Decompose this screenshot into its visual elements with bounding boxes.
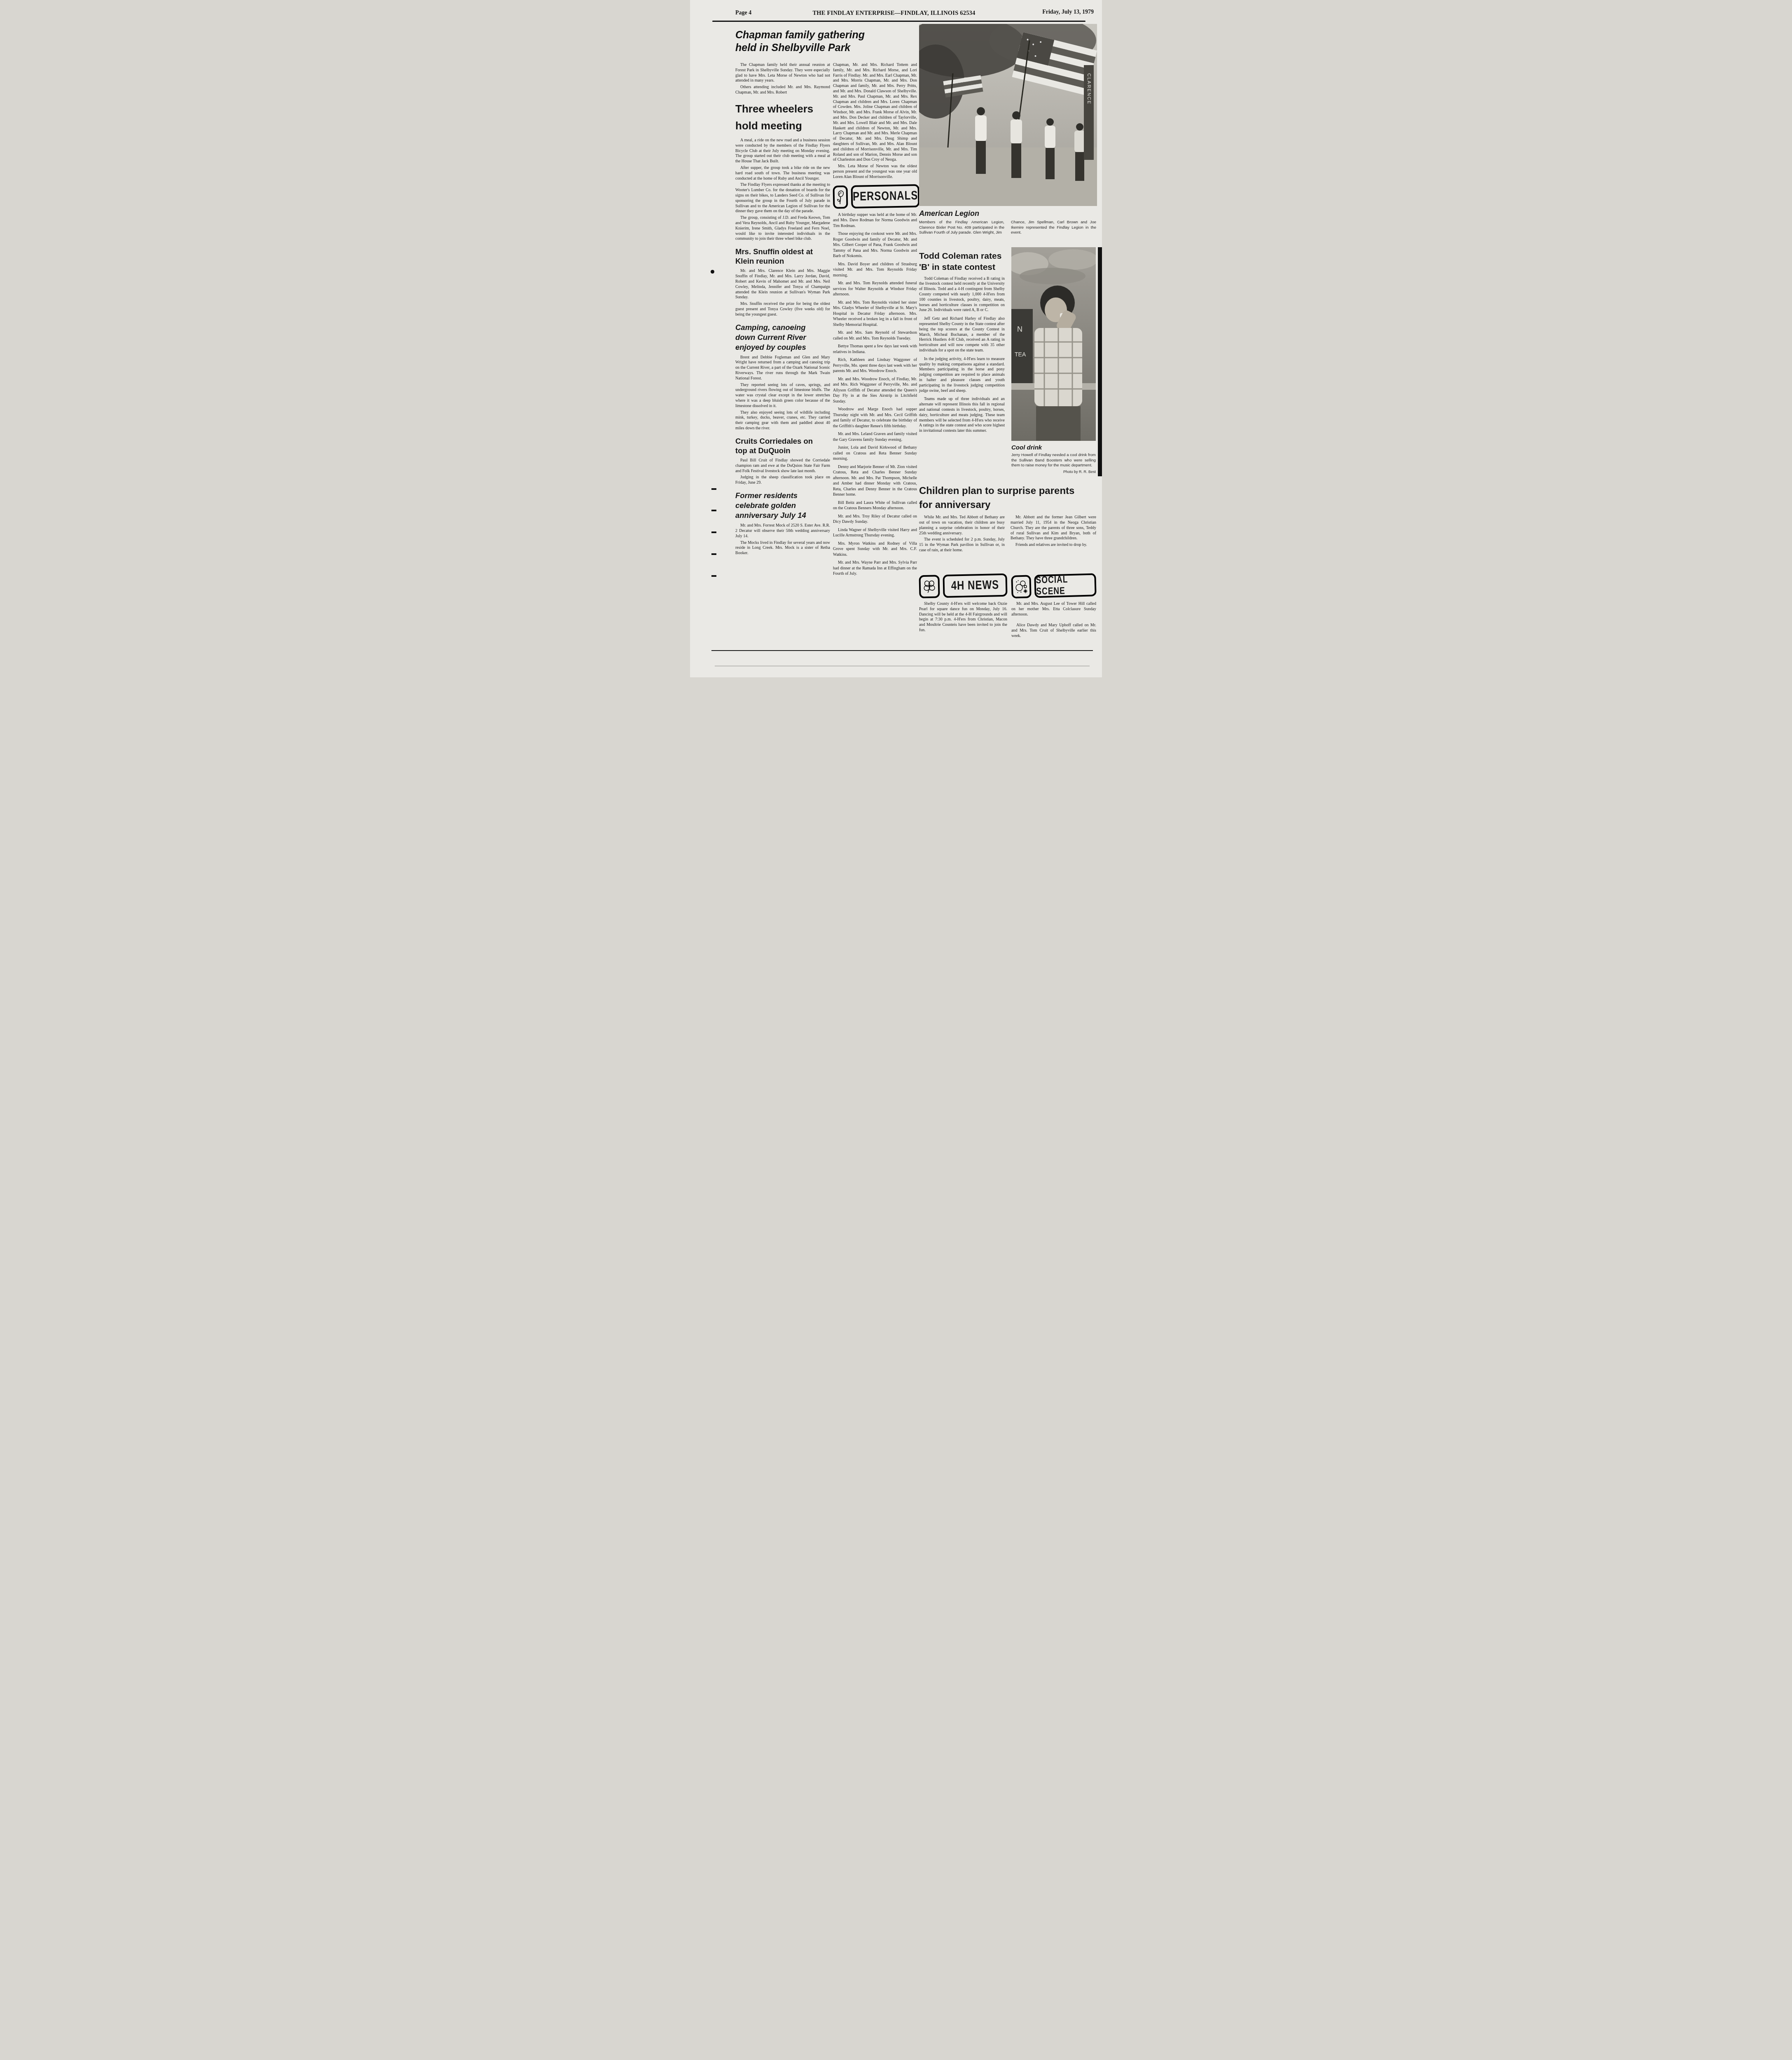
balloons-icon [1011,575,1031,598]
paragraph: Mr. Abbott and the former Jean Gilbert w… [1011,515,1096,541]
caption-text-left: Members of the Findlay American Legion, … [919,220,1004,236]
article-chapman-intro: The Chapman family held their annual reu… [735,63,830,96]
issue-date: Friday, July 13, 1979 [1042,9,1094,16]
paragraph: Friends and relatives are invited to dro… [1011,543,1096,548]
caption-text: Jerry Howell of Findlay needed a cool dr… [1011,453,1096,468]
article-snuffin: Mrs. Snuffin oldest at Klein reunion Mr.… [735,247,830,317]
paragraph: Mrs. Snuffin received the prize for bein… [735,302,830,317]
headline: Todd Coleman rates 'B' in state contest [919,250,1005,273]
article-cruits: Cruits Corriedales on top at DuQuoin Pau… [735,436,830,486]
paragraph: Todd Coleman of Findlay received a B rat… [919,276,1005,314]
paragraph: Judging in the sheep classification took… [735,475,830,486]
scan-artifact [711,270,714,274]
headline: Chapman family gathering held in Shelbyv… [735,29,877,55]
paragraph: They reported seeing lots of caves, spri… [735,383,830,409]
scan-artifact [711,510,716,511]
personals-item: Mr. and Mrs. Tom Reynolds attended funer… [833,281,917,297]
paragraph: Mr. and Mrs. August Lee of Tower Hill ca… [1011,602,1096,617]
personals-item: Linda Wagner of Shelbyville visited Harr… [833,527,917,538]
column-2: Chapman, Mr. and Mrs. Richard Tottem and… [833,63,917,579]
article-three-wheelers: Three wheelers hold meeting A meal, a ri… [735,101,830,242]
social-scene-section: SOCIAL SCENE Mr. and Mrs. August Lee of … [1011,573,1096,640]
paragraph: Paul Bill Cruit of Findlay showed the Co… [735,458,830,474]
fourh-news-section: 4H NEWS Shelby County 4-H'ers will welco… [919,573,1007,634]
personals-item: Mr. and Mrs. Sam Reynold of Stewardson c… [833,330,917,341]
boy-drinking-photo: N TEA [1011,247,1096,441]
personals-badge-box: PERSONALS [851,184,920,208]
paragraph: Shelby County 4-H'ers will welcome back … [919,602,1007,633]
paragraph: Brent and Debbie Fogleman and Glen and M… [735,355,830,382]
caption-title: Cool drink [1011,444,1096,451]
headline: Mrs. Snuffin oldest at Klein reunion [735,247,818,266]
paragraph: Mrs. Leta Morse of Newton was the oldest… [833,164,917,180]
photo-credit: Photo by R. R. Best [1011,470,1096,474]
paragraph: Mr. and Mrs. Clarence Klein and Mrs. Mag… [735,269,830,300]
scan-artifact [711,488,716,490]
bottom-rule [711,650,1093,651]
paragraph: They also enjoyed seeing lots of wildlif… [735,410,830,431]
paragraph: Mr. and Mrs. Forrest Mock of 2520 S. Est… [735,523,830,539]
personals-item: Mr. and Mrs. Tom Reynolds visited her si… [833,300,917,328]
paragraph: The event is scheduled for 2 p.m. Sunday… [919,537,1005,553]
personals-item: Mrs. Myron Watkins and Rodney of Villa G… [833,541,917,558]
drink-photo-sign-line1: N [1017,325,1022,333]
scan-artifact [711,531,716,533]
personals-badge: PERSONALS [833,184,917,209]
headline: Cruits Corriedales on top at DuQuoin [735,436,818,455]
personals-item: Mr. and Mrs. Woodrow Enoch, of Findlay, … [833,377,917,405]
fourh-news-badge-label: 4H NEWS [951,578,999,593]
personals-item: Mr. and Mrs. Leland Graven and family vi… [833,431,917,442]
paragraph: Chapman, Mr. and Mrs. Richard Tottem and… [833,63,917,163]
paragraph: The Mocks lived in Findlay for several y… [735,541,830,556]
personals-items: A birthday supper was held at the home o… [833,212,917,577]
article-chapman-headline: Chapman family gathering held in Shelbyv… [735,29,877,59]
personals-item: A birthday supper was held at the home o… [833,212,917,229]
parade-photo: CLARENCE [919,24,1097,206]
paragraph: While Mr. and Mrs. Ted Abbott of Bethany… [919,515,1005,536]
personals-item: Junior, Lola and David Kirkwood of Betha… [833,445,917,462]
cool-drink-caption: Cool drink Jerry Howell of Findlay neede… [1011,444,1096,474]
scan-artifact [711,553,716,555]
clover-icon [919,575,940,598]
article-column-right: Mr. Abbott and the former Jean Gilbert w… [1011,515,1096,555]
headline: Camping, canoeing down Current River enj… [735,323,818,352]
article-chapman-continuation: Chapman, Mr. and Mrs. Richard Tottem and… [833,63,917,180]
american-legion-caption: American Legion Members of the Findlay A… [919,209,1096,236]
header-rule [712,21,1085,22]
scan-artifact [1098,247,1102,476]
personals-item: Woodrow and Marge Enoch had supper Thurs… [833,407,917,429]
paragraph: A meal, a ride on the new road and a bus… [735,138,830,164]
social-scene-badge: SOCIAL SCENE [1011,573,1096,598]
fourh-news-badge-box: 4H NEWS [943,574,1007,598]
personals-item: Bettye Thomas spent a few days last week… [833,344,917,355]
article-camping: Camping, canoeing down Current River enj… [735,323,830,431]
social-scene-badge-label: SOCIAL SCENE [1036,574,1095,598]
personals-item: Bill Beitz and Laura White of Sullivan c… [833,500,917,511]
article-column-left: While Mr. and Mrs. Ted Abbott of Bethany… [919,515,1005,555]
headline: Three wheelers hold meeting [735,101,830,135]
paragraph: Others attending included Mr. and Mrs. R… [735,85,830,96]
scan-artifact [711,575,716,577]
caption-text-right: Chance, Jim Spellman, Carl Brown and Joe… [1011,220,1096,236]
personals-item: Mrs. David Boyer and children of Strasbu… [833,262,917,279]
paragraph: Alice Dawdy and Mary Uphoff called on Mr… [1011,623,1096,639]
personals-item: Rich, Kathleen and Lindsay Waggoner of P… [833,357,917,374]
column-1: The Chapman family held their annual reu… [735,63,830,561]
paragraph: In the judging activity, 4-H'ers learn t… [919,357,1005,394]
caption-title: American Legion [919,209,1096,218]
paragraph: Teams made up of three individuals and a… [919,397,1005,434]
personals-item: Mr. and Mrs. Wayne Parr and Mrs. Sylvia … [833,560,917,577]
paragraph: After supper, the group took a bike ride… [735,166,830,181]
headline: Former residents celebrate golden annive… [735,491,818,520]
masthead: THE FINDLAY ENTERPRISE—FINDLAY, ILLINOIS… [805,10,983,17]
article-former-residents: Former residents celebrate golden annive… [735,491,830,556]
article-todd-coleman: Todd Coleman rates 'B' in state contest … [919,250,1005,435]
paragraph: The Chapman family held their annual reu… [735,63,830,84]
newspaper-page: Page 4 THE FINDLAY ENTERPRISE—FINDLAY, I… [690,0,1102,677]
page-header: Page 4 THE FINDLAY ENTERPRISE—FINDLAY, I… [690,7,1102,20]
paragraph: The group, consisting of J.D. and Freda … [735,215,830,242]
paragraph: The Findlay Flyers expressed thanks at t… [735,183,830,214]
personals-badge-label: PERSONALS [853,188,918,204]
social-scene-badge-box: SOCIAL SCENE [1034,573,1096,598]
bottom-rule [715,666,1090,666]
personals-item: Those enjoying the cookout were Mr. and … [833,231,917,259]
parade-banner-text: CLARENCE [1086,73,1091,105]
rose-icon [833,185,848,209]
personals-item: Mr. and Mrs. Troy Riley of Decatur calle… [833,514,917,525]
page-number: Page 4 [735,10,751,16]
personals-item: Denny and Marjorie Benner of Mt. Zion vi… [833,464,917,498]
headline: Children plan to surprise parents for an… [919,484,1076,512]
article-children-plan: Children plan to surprise parents for an… [919,484,1096,555]
drink-photo-sign-line2: TEA [1015,351,1026,358]
fourh-news-badge: 4H NEWS [919,574,1007,598]
paragraph: Jeff Getz and Richard Harley of Findlay … [919,316,1005,353]
